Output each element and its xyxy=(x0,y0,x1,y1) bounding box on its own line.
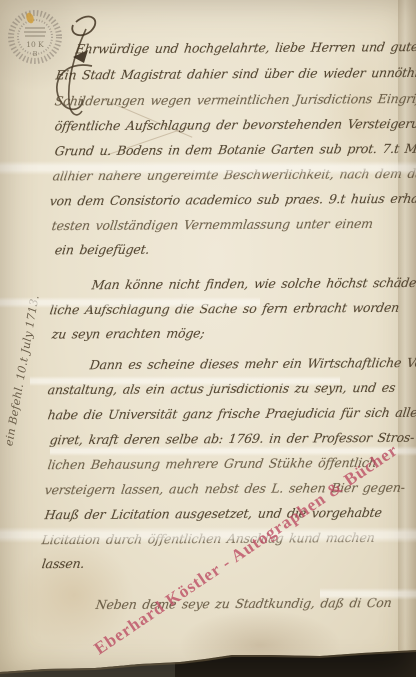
seal-value-text: 10 K xyxy=(26,40,44,49)
manuscript-line: öffentliche Aufschlagung der bevorstehen… xyxy=(54,116,416,134)
manuscript-line: giret, kraft deren selbe ab: 1769. in de… xyxy=(49,430,415,448)
manuscript-line: liche Aufschlagung die Sache so fern erb… xyxy=(49,300,400,317)
manuscript-line: zu seyn erachten möge; xyxy=(51,325,206,341)
manuscript-line: Ehrwürdige und hochgelahrte, liebe Herre… xyxy=(75,39,416,57)
manuscript-line: allhier nahere ungereimte Beschwerlichke… xyxy=(52,166,416,184)
manuscript-scan: 10 K B Ehrwürdige und hochgelahrte, lieb… xyxy=(0,0,416,677)
manuscript-line: Licitation durch öffentlichen Anschlag k… xyxy=(41,530,376,547)
manuscript-line: habe die Universität ganz frische Praeju… xyxy=(47,405,416,423)
manuscript-line: Grund u. Bodens in dem Botanie Garten su… xyxy=(54,141,416,159)
manuscript-line: Man könne nicht finden, wie solche höchs… xyxy=(91,275,416,292)
manuscript-line: testen vollständigen Vernemmlassung unte… xyxy=(51,216,374,233)
manuscript-line: Schilderungen wegen vermeintlichen Juris… xyxy=(54,91,416,109)
manuscript-line: von dem Consistorio academico sub praes.… xyxy=(49,191,416,209)
manuscript-line: anstaltung, als ein actus jurisdictionis… xyxy=(47,380,396,397)
manuscript-line: Hauß der Licitation ausgesetzet, und die… xyxy=(44,505,383,522)
manuscript-line: Ein Stadt Magistrat dahier sind über die… xyxy=(55,65,416,83)
torn-paper-edge xyxy=(0,645,416,677)
manuscript-line: Dann es scheine dieses mehr ein Wirtscha… xyxy=(89,355,416,372)
manuscript-line: lichen Behausung mehrere Grund Stükhe öf… xyxy=(47,455,378,472)
manuscript-line: lassen. xyxy=(41,556,85,571)
manuscript-line: ein beigefüget. xyxy=(54,242,150,258)
seal-letter-text: B xyxy=(33,50,38,58)
